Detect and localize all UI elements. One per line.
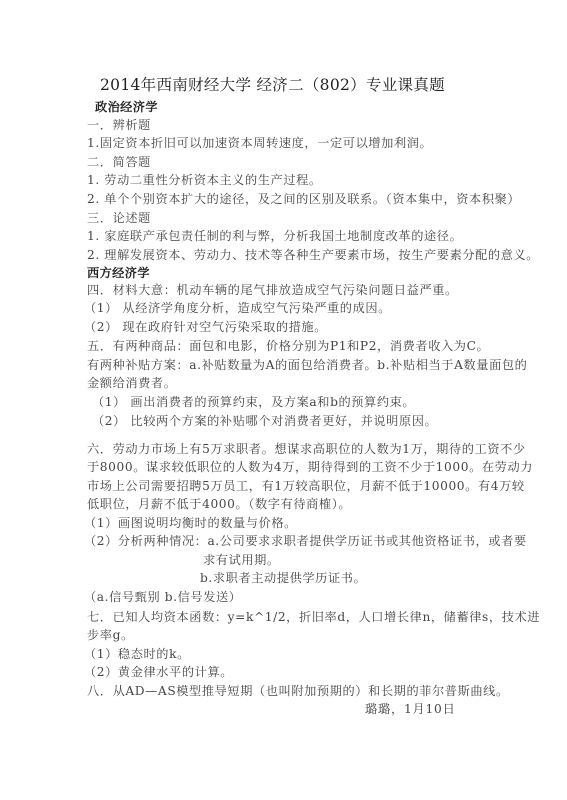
sub-question: （1） 从经济学角度分析，造成空气污染严重的成因。 [84,301,391,315]
question-item: 2. 理解发展资本、劳动力、技术等各种生产要素市场，按生产要素分配的意义。 [87,248,539,262]
signature-date: 璐璐，1月10日 [365,702,456,716]
part-label-discrimination: 一．辨析题 [87,118,151,132]
sub-question: （2） 比较两个方案的补贴哪个对消费者更好，并说明原因。 [92,414,437,428]
sub-question: （2）黄金律水平的计算。 [84,665,233,679]
question-6-line: 于8000。谋求较低职位的人数为4万，期待得到的工资不少于1000。在劳动力 [87,460,533,474]
question-5-line: 金额给消费者。 [87,376,177,390]
sub-question-continuation: 求有试用期。 [203,553,280,567]
sub-question-continuation: b.求职者主动提供学历证书。 [200,571,366,585]
part-label-essay: 三．论述题 [87,211,151,225]
sub-question: （1）画图说明均衡时的数量与价格。 [84,516,297,530]
question-item: 1. 家庭联产承包责任制的利与弊，分析我国土地制度改革的途径。 [87,229,462,243]
question-6: 六．劳动力市场上有5万求职者。想谋求高职位的人数为1万，期待的工资不少 [87,442,526,456]
sub-question: （2） 现在政府针对空气污染采取的措施。 [84,320,327,334]
question-5: 五．有两种商品：面包和电影，价格分别为P1和P2，消费者收入为C。 [87,339,489,353]
question-6-line: 低职位，月薪不低于4000。（数字有待商榷）。 [87,497,351,511]
question-5-line: 有两种补贴方案：a.补贴数量为A的面包给消费者。b.补贴相当于A数量面包的 [87,358,527,372]
question-item: 2. 单个个别资本扩大的途径，及之间的区别及联系。（资本集中，资本积聚） [87,192,520,206]
question-item: 1.固定资本折旧可以加速资本周转速度，一定可以增加利润。 [87,136,432,150]
section-heading-western-economics: 西方经济学 [87,266,150,280]
sub-question: （2）分析两种情况：a.公司要求求职者提供学历证书或其他资格证书，或者要 [84,534,527,548]
question-7: 七．已知人均资本函数：y=k^1/2，折旧率d，人口增长律n，储蓄律s，技术进 [87,610,540,624]
exam-page: 2014年西南财经大学 经济二（802）专业课真题 政治经济学 一．辨析题 1.… [0,0,567,800]
section-heading-political-economy: 政治经济学 [95,100,158,114]
question-4: 四．材料大意：机动车辆的尾气排放造成空气污染问题日益严重。 [87,283,458,297]
question-item: 1. 劳动二重性分析资本主义的生产过程。 [87,173,322,187]
answer-note: （a.信号甄别 b.信号发送） [84,590,242,604]
document-title: 2014年西南财经大学 经济二（802）专业课真题 [100,76,445,94]
question-7-line: 步率g。 [87,628,134,642]
part-label-short-answer: 二．简答题 [87,155,151,169]
question-6-line: 市场上公司需要招聘5万员工，有1万较高职位，月薪不低于10000。有4万较 [87,479,525,493]
sub-question: （1）稳态时的k。 [84,647,190,661]
question-8: 八．从AD—AS模型推导短期（也叫附加预期的）和长期的菲尔普斯曲线。 [87,684,509,698]
sub-question: （1） 画出消费者的预算约束，及方案a和b的预算约束。 [92,395,415,409]
